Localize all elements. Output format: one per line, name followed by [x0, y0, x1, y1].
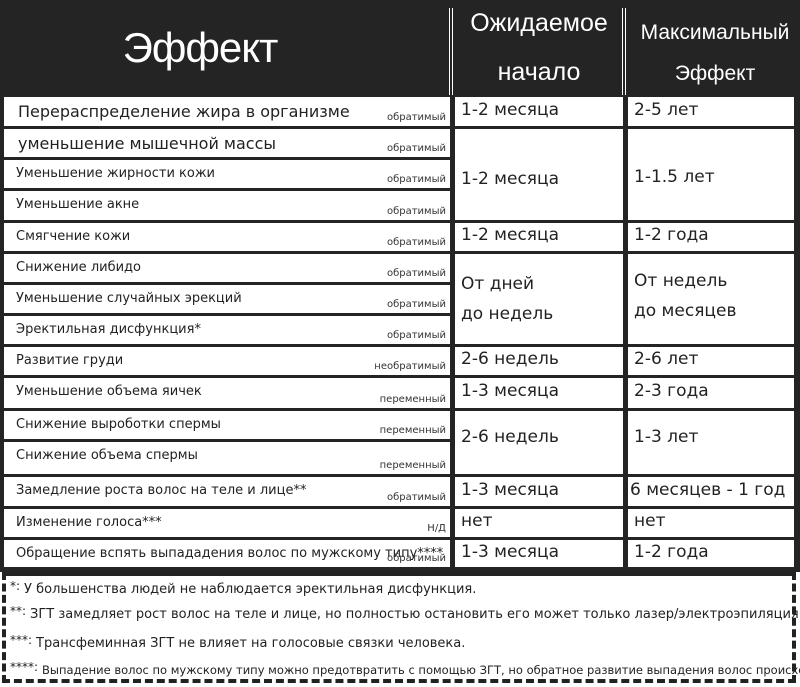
effect-name: Уменьшение акне — [16, 197, 139, 212]
table-row: Уменьшение случайных эрекцийобратимый — [4, 285, 450, 313]
reversibility-label: обратимый — [387, 237, 446, 248]
max-effect-cell: 1-1.5 лет — [628, 129, 794, 220]
reversibility-label: обратимый — [387, 553, 446, 564]
reversibility-label: необратимый — [374, 361, 446, 372]
onset-cell: 1-2 месяца — [455, 97, 623, 126]
max-effect-cell: нет — [628, 509, 794, 537]
header-divider — [449, 8, 450, 96]
onset-cell-value: 1-2 месяца — [461, 100, 559, 120]
footnote-mark: *: — [10, 579, 20, 593]
footnote: ****:Выпадение волос по мужскому типу мо… — [10, 663, 800, 677]
footnotes-box: *:У большенства людей не наблюдается эре… — [2, 572, 796, 683]
onset-cell-value: 1-2 месяца — [461, 225, 559, 245]
onset-cell: 1-2 месяца — [455, 223, 623, 251]
onset-cell: нет — [455, 509, 623, 537]
max-effect-cell-value: нет — [634, 511, 665, 531]
onset-cell-value: 2-6 недель — [461, 349, 559, 369]
table-row: уменьшение мышечной массыобратимый — [4, 129, 450, 157]
onset-cell: 2-6 недель — [455, 411, 623, 474]
max-effect-cell-value: 2-3 года — [634, 381, 709, 401]
effect-name: Обращение вспять выпададения волос по му… — [16, 546, 443, 561]
table-row: Развитие грудинеобратимый — [4, 347, 450, 375]
effect-name: Перераспределение жира в организме — [18, 102, 350, 121]
max-effect-cell: 1-2 года — [628, 540, 794, 567]
header-max-line2: Эффект — [630, 62, 800, 86]
reversibility-label: обратимый — [387, 299, 446, 310]
footnote: ***:Трансфеминная ЗГТ не влияет на голос… — [10, 636, 465, 651]
reversibility-label: обратимый — [387, 143, 446, 154]
onset-cell: 1-2 месяца — [455, 129, 623, 220]
reversibility-label: переменный — [380, 394, 446, 405]
onset-cell-value: 1-3 месяца — [461, 480, 559, 500]
effect-name: Уменьшение случайных эрекций — [16, 291, 242, 306]
header-max-effect: Максимальный Эффект — [630, 0, 800, 95]
table-row: Изменение голоса***Н/Д — [4, 509, 450, 537]
reversibility-label: обратимый — [387, 492, 446, 503]
max-effect-cell-value: 2-6 лет — [634, 349, 698, 369]
table-row: Снижение выроботки спермыпеременный — [4, 411, 450, 439]
effect-name: Снижение выроботки спермы — [16, 417, 221, 432]
footnote-text: Выпадение волос по мужскому типу можно п… — [42, 663, 800, 677]
max-effect-cell: 2-3 года — [628, 378, 794, 408]
max-effect-cell-line1: От недель — [634, 271, 727, 291]
table-header: Эффект Ожидаемое начало Максимальный Эфф… — [0, 0, 800, 95]
table-row: Замедление роста волос на теле и лице**о… — [4, 477, 450, 506]
max-effect-cell-value: 2-5 лет — [634, 100, 698, 120]
header-onset: Ожидаемое начало — [455, 0, 623, 95]
max-effect-cell-value: 1-1.5 лет — [634, 167, 715, 187]
table-row: Смягчение кожиобратимый — [4, 223, 450, 251]
header-max-line1: Максимальный — [630, 21, 800, 45]
header-divider — [452, 8, 453, 96]
effect-name: Смягчение кожи — [16, 229, 130, 244]
effect-name: уменьшение мышечной массы — [18, 134, 276, 153]
reversibility-label: обратимый — [387, 206, 446, 217]
footnote: **:ЗГТ замедляет рост волос на теле и ли… — [10, 607, 800, 622]
header-onset-line1: Ожидаемое — [455, 9, 623, 38]
onset-cell: 1-3 месяца — [455, 477, 623, 506]
onset-cell: 1-3 месяца — [455, 540, 623, 567]
max-effect-cell-value: 1-2 года — [634, 542, 709, 562]
header-divider — [625, 8, 626, 96]
max-effect-cell-value: 6 месяцев - 1 год — [630, 480, 785, 500]
effect-name: Эректильная дисфункция* — [16, 322, 201, 337]
onset-cell-value: 1-2 месяца — [461, 169, 559, 189]
header-effect: Эффект — [0, 0, 400, 95]
reversibility-label: обратимый — [387, 330, 446, 341]
table-row: Эректильная дисфункция*обратимый — [4, 316, 450, 344]
table-row: Уменьшение жирности кожиобратимый — [4, 160, 450, 188]
effect-name: Снижение объема спермы — [16, 448, 198, 463]
max-effect-cell: 1-2 года — [628, 223, 794, 251]
footnote-text: Трансфеминная ЗГТ не влияет на голосовые… — [36, 636, 465, 651]
max-effect-cell: 2-6 лет — [628, 347, 794, 375]
effect-name: Уменьшение жирности кожи — [16, 166, 215, 181]
onset-cell-value: 1-3 месяца — [461, 542, 559, 562]
max-effect-cell: 1-3 лет — [628, 411, 794, 474]
max-effect-cell-line2: до месяцев — [634, 301, 736, 321]
footnote-mark: ***: — [10, 633, 32, 647]
reversibility-label: переменный — [380, 460, 446, 471]
footnote: *:У большенства людей не наблюдается эре… — [10, 582, 476, 597]
max-effect-cell: 6 месяцев - 1 год — [628, 477, 794, 506]
reversibility-label: обратимый — [387, 174, 446, 185]
effect-name: Развитие груди — [16, 353, 123, 368]
table-row: Уменьшение объема яичекпеременный — [4, 378, 450, 408]
onset-cell: 2-6 недель — [455, 347, 623, 375]
table-row: Уменьшение акнеобратимый — [4, 191, 450, 220]
onset-cell-line2: до недель — [461, 304, 553, 324]
max-effect-cell-value: 1-2 года — [634, 225, 709, 245]
reversibility-label: переменный — [380, 425, 446, 436]
effect-name: Снижение либидо — [16, 260, 141, 275]
effect-name: Уменьшение объема яичек — [16, 384, 202, 399]
onset-cell: 1-3 месяца — [455, 378, 623, 408]
effect-name: Изменение голоса*** — [16, 515, 162, 530]
max-effect-cell-value: 1-3 лет — [634, 427, 698, 447]
header-onset-line2: начало — [455, 58, 623, 87]
reversibility-label: обратимый — [387, 112, 446, 123]
reversibility-label: Н/Д — [427, 523, 446, 534]
footnote-text: У большенства людей не наблюдается эрект… — [24, 582, 476, 597]
table-row: Перераспределение жира в организмеобрати… — [4, 97, 450, 126]
onset-cell-line1: От дней — [461, 274, 534, 294]
footnote-mark: ****: — [10, 660, 38, 674]
table-row: Снижение либидообратимый — [4, 254, 450, 282]
header-divider — [622, 8, 623, 96]
footnote-text: ЗГТ замедляет рост волос на теле и лице,… — [30, 607, 800, 622]
max-effect-cell: От недельдо месяцев — [628, 254, 794, 344]
onset-cell-value: 1-3 месяца — [461, 381, 559, 401]
max-effect-cell: 2-5 лет — [628, 97, 794, 126]
table-row: Обращение вспять выпададения волос по му… — [4, 540, 450, 567]
reversibility-label: обратимый — [387, 268, 446, 279]
effect-name: Замедление роста волос на теле и лице** — [16, 483, 306, 498]
onset-cell-value: 2-6 недель — [461, 427, 559, 447]
footnote-mark: **: — [10, 604, 26, 618]
onset-cell: От днейдо недель — [455, 254, 623, 344]
onset-cell-value: нет — [461, 511, 492, 531]
table-row: Снижение объема спермыпеременный — [4, 442, 450, 474]
